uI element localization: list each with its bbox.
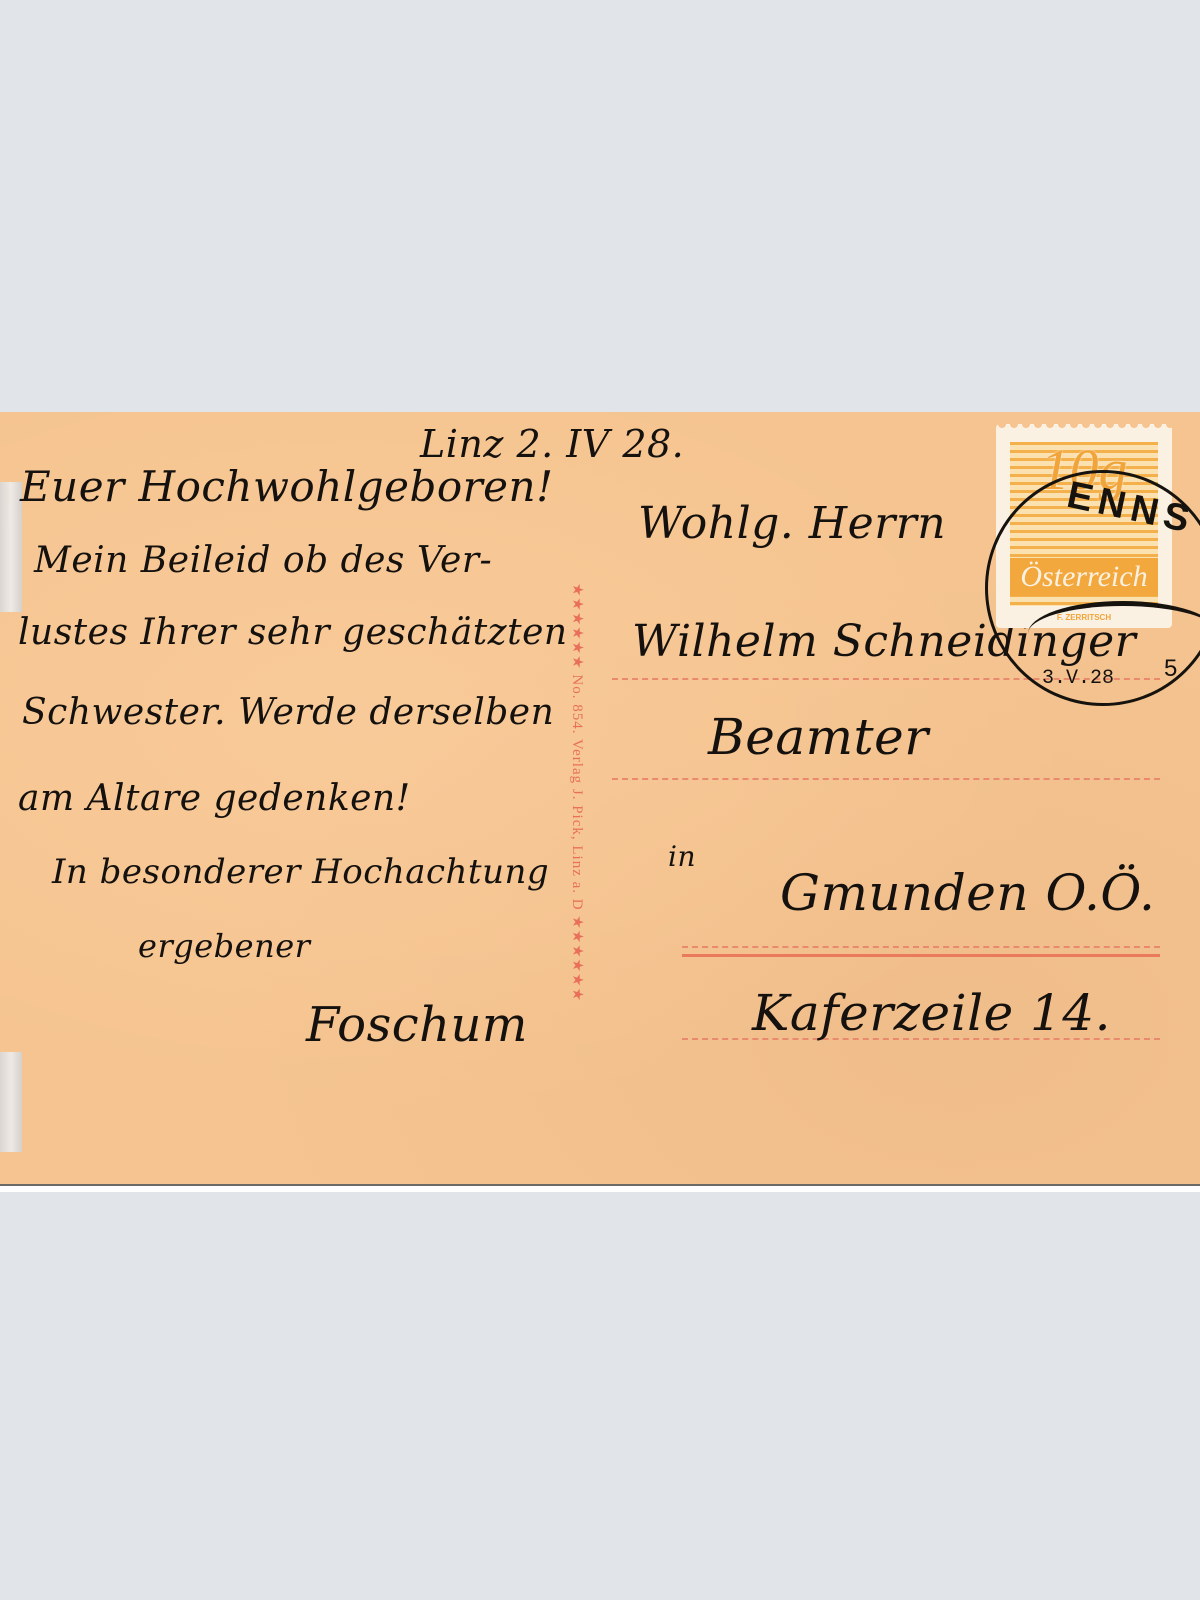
message-line: In besonderer Hochachtung xyxy=(52,852,549,892)
tape-strip xyxy=(0,1052,22,1152)
message-line: Mein Beileid ob des Ver- xyxy=(34,540,492,581)
message-line: ergebener xyxy=(138,927,310,965)
postmark-hour: 5 xyxy=(1164,655,1177,683)
message-line: Schwester. Werde derselben xyxy=(22,692,554,733)
salutation: Euer Hochwohlgeboren! xyxy=(20,462,553,511)
postcard-back: Linz 2. IV 28. Euer Hochwohlgeboren! Mei… xyxy=(0,412,1200,1186)
publisher-imprint-text: ★★★★★★ No. 854. Verlag J. Pick, Linz a. … xyxy=(569,582,588,1001)
postmark-date: 3.V.28 xyxy=(1042,667,1114,690)
address-line: in xyxy=(668,840,696,873)
postmark: ENNS 3.V.28 5 xyxy=(985,470,1200,706)
address-street: Kaferzeile 14. xyxy=(752,984,1111,1042)
address-rule xyxy=(612,778,1160,780)
message-line: am Altare gedenken! xyxy=(18,778,411,819)
address-line: Beamter xyxy=(708,708,929,766)
address-city: Gmunden O.Ö. xyxy=(780,864,1155,922)
signature: Foschum xyxy=(306,997,528,1053)
message-line: lustes Ihrer sehr geschätzten xyxy=(18,612,568,653)
postmark-town: ENNS xyxy=(1043,470,1200,547)
publisher-imprint: ★★★★★★ No. 854. Verlag J. Pick, Linz a. … xyxy=(566,452,590,1132)
address-line: Wohlg. Herrn xyxy=(638,498,946,549)
address-rule xyxy=(682,946,1160,948)
address-rule xyxy=(682,954,1160,957)
dateline: Linz 2. IV 28. xyxy=(420,422,684,466)
tape-strip xyxy=(0,482,22,612)
